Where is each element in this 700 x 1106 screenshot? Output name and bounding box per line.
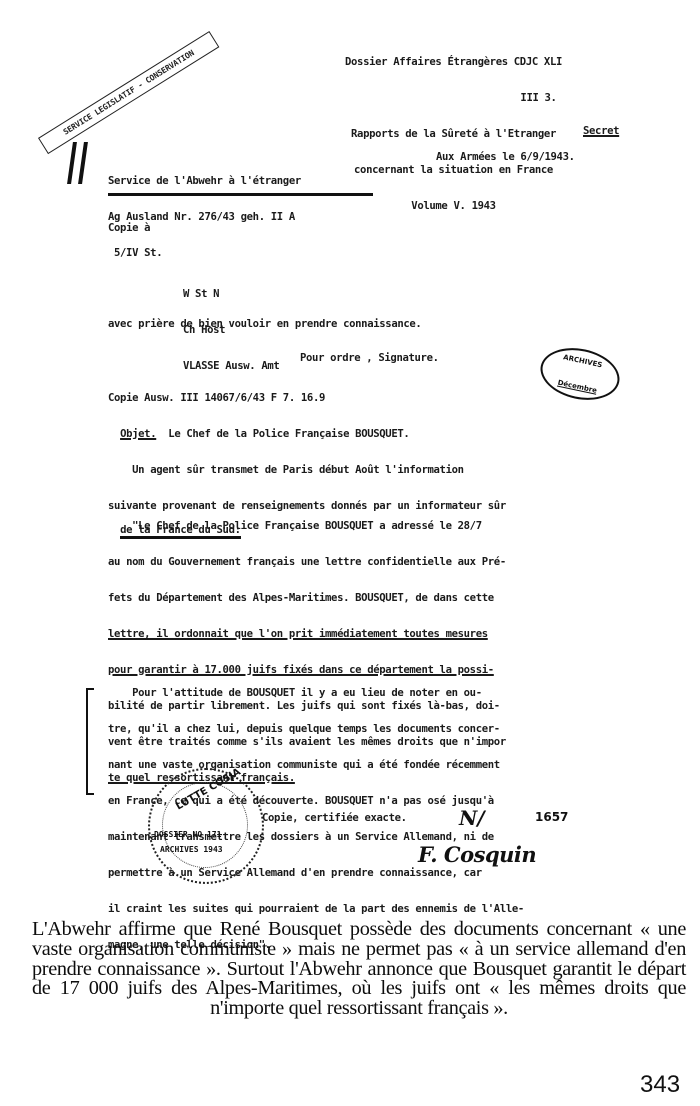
recipient: W St N: [183, 288, 279, 300]
text-line: fets du Département des Alpes-Maritimes.…: [108, 592, 506, 604]
text-line: Un agent sûr transmet de Paris début Aoû…: [108, 464, 506, 476]
round-stamp: LUTTE COSJA DOSSIER NO 171 ARCHIVES 1943: [148, 768, 264, 884]
reference-line: Copie Ausw. III 14067/6/43 F 7. 16.9: [108, 392, 325, 404]
text-line: tre, qu'il a chez lui, depuis quelque te…: [108, 723, 524, 735]
text-line: lettre, il ordonnait que l'on prit imméd…: [108, 628, 506, 640]
header-line: concernant la situation en France: [345, 164, 562, 176]
caption: L'Abwehr affirme que René Bousquet possè…: [32, 920, 686, 1019]
margin-bracket: [86, 688, 94, 795]
signature: F. Cosquin: [418, 842, 536, 867]
objet-label: Objet.: [120, 428, 156, 440]
header-line: III 3.: [345, 92, 562, 104]
archive-header: Dossier Affaires Étrangères CDJC XLI III…: [345, 32, 562, 224]
text-line: au nom du Gouvernement français une lett…: [108, 556, 506, 568]
signature-line: Pour ordre , Signature.: [300, 352, 439, 364]
text-line: il craint les suites qui pourraient de l…: [108, 903, 524, 915]
recipient: VLASSE Ausw. Amt: [183, 360, 279, 372]
header-line: Dossier Affaires Étrangères CDJC XLI: [345, 56, 562, 68]
date-line: Aux Armées le 6/9/1943.: [436, 151, 575, 163]
service-stamp: SERVICE LEGISLATIF - CONSERVATION: [38, 31, 219, 154]
archive-stamp-top: ARCHIVES: [545, 349, 621, 373]
archive-stamp-bottom: Décembre: [539, 375, 615, 399]
copie-label: Copie à: [108, 222, 150, 234]
request-line: avec prière de bien vouloir en prendre c…: [108, 318, 421, 330]
handwritten-initials: N/: [459, 806, 485, 830]
objet-text: Le Chef de la Police Française BOUSQUET.: [168, 428, 409, 440]
certification-line: Copie, certifiée exacte.: [262, 812, 407, 824]
service-line: 5/IV St.: [108, 247, 301, 259]
page-number: 343: [640, 1071, 680, 1099]
classification-label: Secret: [583, 125, 619, 137]
text-line: Pour l'attitude de BOUSQUET il y a eu li…: [108, 687, 524, 699]
service-block: Service de l'Abwehr à l'étranger Ag Ausl…: [108, 151, 301, 271]
text-line: nant une vaste organisation communiste q…: [108, 759, 524, 771]
double-bar-mark: [70, 142, 90, 186]
stamp-line: DOSSIER NO 171: [154, 830, 221, 839]
handwritten-number: 1657: [535, 810, 568, 824]
header-line: Rapports de la Sûreté à l'Etranger: [345, 128, 562, 140]
header-line: Volume V. 1943: [345, 200, 562, 212]
stamp-line: ARCHIVES 1943: [160, 845, 223, 854]
archive-stamp: ARCHIVES Décembre: [536, 341, 625, 407]
text-line: "Le Chef de la Police Française BOUSQUET…: [108, 520, 506, 532]
service-line: Service de l'Abwehr à l'étranger: [108, 175, 301, 187]
underline-rule: [108, 193, 373, 196]
objet-line: Objet. Le Chef de la Police Française BO…: [108, 416, 409, 440]
